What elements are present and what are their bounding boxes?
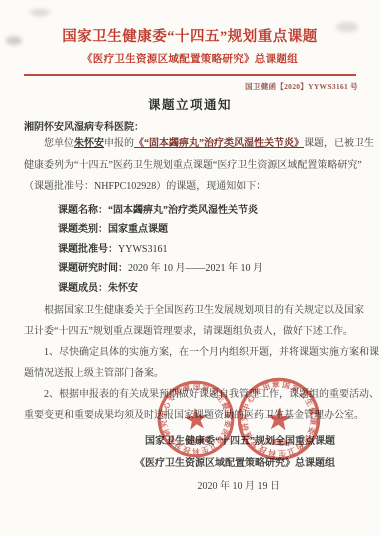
body-text: 申报的 bbox=[104, 138, 134, 149]
paragraph-1: 您单位朱怀安申报的《“固本蠲痹丸”治疗类风湿性关节炎》课题，已被卫生 健康委列为… bbox=[24, 133, 360, 198]
detail-label: 课题名称： bbox=[58, 205, 108, 216]
detail-row-approval-no: 课题批准号：YYWS3161 bbox=[58, 240, 360, 260]
addressee-line: 湘阴怀安风湿病专科医院： bbox=[24, 118, 360, 133]
detail-value: 朱怀安 bbox=[108, 283, 138, 294]
project-detail-list: 课题名称：“固本蠲痹丸”治疗类风湿性关节炎 课题类别：国家重点课题 课题批准号：… bbox=[58, 201, 360, 299]
seal-bottom-text: 总课题组 bbox=[264, 437, 291, 448]
official-seal-right: 国家卫生健康委医药卫生科技发展研究中心专用章 总课题组 bbox=[232, 372, 325, 465]
paragraph-line: 根据国家卫生健康委关于全国医药卫生发展规划项目的有关规定以及国家 bbox=[24, 300, 360, 321]
scan-smudge bbox=[6, 36, 22, 45]
paragraph-line: 健康委列为“十四五”医药卫生规划重点课题“医疗卫生资源区域配置策略研究” bbox=[24, 155, 360, 177]
scan-smudge bbox=[336, 22, 358, 32]
letterhead-line2: 《医疗卫生资源区域配置策略研究》总课题组 bbox=[0, 51, 380, 66]
signature-date: 2020 年 10 月 19 日 bbox=[0, 476, 380, 498]
scanned-notice-page: 国家卫生健康委“十四五”规划重点课题 《医疗卫生资源区域配置策略研究》总课题组 … bbox=[0, 0, 380, 536]
detail-row-name: 课题名称：“固本蠲痹丸”治疗类风湿性关节炎 bbox=[58, 201, 360, 221]
detail-label: 课题类别： bbox=[58, 224, 108, 235]
paragraph-line: （课题批准号：NHFPC102928）的课题，现通知如下： bbox=[24, 176, 360, 198]
numbered-item-1-line: 1、尽快确定具体的实施方案，在一个月内组织开题，并将课题实施方案和课 bbox=[24, 342, 360, 363]
detail-value: “固本蠲痹丸”治疗类风湿性关节炎 bbox=[108, 205, 258, 216]
letterhead-line1: 国家卫生健康委“十四五”规划重点课题 bbox=[0, 25, 380, 46]
official-seal-left: 国家卫生健康委医药卫生科技发展研究中心专用章 总课题组 bbox=[152, 375, 240, 463]
seal-graphic: 国家卫生健康委医药卫生科技发展研究中心专用章 总课题组 bbox=[152, 375, 240, 463]
seal-bottom-text: 总课题组 bbox=[186, 436, 211, 446]
detail-label: 课题成员： bbox=[58, 283, 108, 294]
seal-star-icon bbox=[266, 406, 292, 431]
detail-value: 2020 年 10 月——2021 年 10 月 bbox=[128, 263, 263, 274]
detail-label: 课题研究时间： bbox=[58, 263, 128, 274]
detail-label: 课题批准号： bbox=[58, 244, 118, 255]
document-number: 国卫健函【2020】YYWS3161 号 bbox=[0, 81, 380, 92]
seal-graphic: 国家卫生健康委医药卫生科技发展研究中心专用章 总课题组 bbox=[232, 372, 325, 465]
body-text: 根据国家卫生健康委关于全国医药卫生发展规划项目的有关规定以及国家 bbox=[44, 305, 364, 316]
paragraph-line: 卫计委“十四五”规划重点课题管理要求，请课题组负责人，做好下述工作。 bbox=[24, 321, 360, 342]
letterhead-divider bbox=[24, 74, 356, 76]
detail-row-period: 课题研究时间：2020 年 10 月——2021 年 10 月 bbox=[58, 259, 360, 279]
paragraph-line: 您单位朱怀安申报的《“固本蠲痹丸”治疗类风湿性关节炎》课题，已被卫生 bbox=[24, 133, 360, 155]
page-title: 课题立项通知 bbox=[0, 95, 380, 113]
seal-star-icon bbox=[184, 407, 209, 431]
detail-row-category: 课题类别：国家重点课题 bbox=[58, 220, 360, 240]
detail-value: YYWS3161 bbox=[118, 244, 167, 255]
applicant-name: 朱怀安 bbox=[74, 138, 104, 149]
project-title-inline: 《“固本蠲痹丸”治疗类风湿性关节炎》 bbox=[134, 138, 304, 149]
body-text: 课题，已被卫生 bbox=[304, 138, 374, 149]
detail-row-members: 课题成员：朱怀安 bbox=[58, 279, 360, 299]
body-text: 1、尽快确定具体的实施方案，在一个月内组织开题，并将课题实施方案和课 bbox=[44, 347, 379, 358]
body-text: 您单位 bbox=[44, 138, 74, 149]
detail-value: 国家重点课题 bbox=[108, 224, 168, 235]
scan-smudge bbox=[297, 28, 302, 44]
scan-smudge bbox=[30, 9, 50, 16]
